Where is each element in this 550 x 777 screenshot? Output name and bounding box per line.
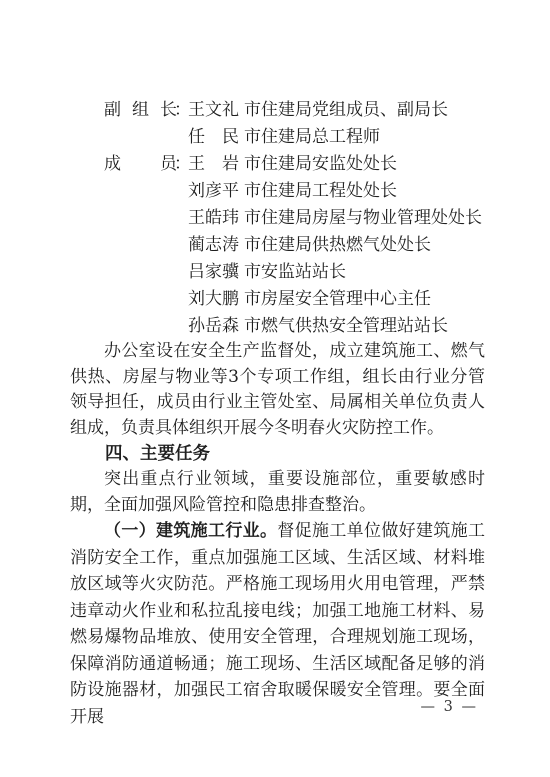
roster-row: 孙岳森 市燃气供热安全管理站站长: [70, 313, 485, 340]
roster-member-title: 市住建局安监处处长: [244, 151, 485, 178]
page-number: — 3 —: [70, 699, 478, 715]
roster-member-name: 孙岳森: [188, 313, 244, 340]
roster-member-title: 市住建局总工程师: [244, 124, 485, 151]
roster-row: 王皓玮 市住建局房屋与物业管理处处长: [70, 205, 485, 232]
roster: 副 组 长： 王文礼 市住建局党组成员、副局长 任 民 市住建局总工程师 成 员…: [70, 97, 485, 340]
roster-row: 刘大鹏 市房屋安全管理中心主任: [70, 286, 485, 313]
roster-member-title: 市燃气供热安全管理站站长: [244, 313, 485, 340]
roster-row: 副 组 长： 王文礼 市住建局党组成员、副局长: [70, 97, 485, 124]
roster-role-label: 成 员：: [104, 151, 188, 178]
roster-member-title: 市住建局党组成员、副局长: [244, 97, 485, 124]
roster-member-title: 市住建局供热燃气处处长: [244, 232, 485, 259]
roster-row: 蔺志涛 市住建局供热燃气处处长: [70, 232, 485, 259]
roster-member-name: 吕家骥: [188, 259, 244, 286]
roster-role-label: 副 组 长：: [104, 97, 188, 124]
roster-member-name: 王 岩: [188, 151, 244, 178]
roster-member-name: 刘大鹏: [188, 286, 244, 313]
roster-member-name: 王皓玮: [188, 205, 244, 232]
roster-row: 刘彦平 市住建局工程处处长: [70, 178, 485, 205]
paragraph-tasks-intro: 突出重点行业领域，重要设施部位，重要敏感时期，全面加强风险管控和隐患排查整治。: [70, 467, 485, 518]
roster-member-name: 王文礼: [188, 97, 244, 124]
roster-member-title: 市房屋安全管理中心主任: [244, 286, 485, 313]
item1-heading-label: （一）建筑施工行业。: [104, 521, 277, 541]
roster-row: 任 民 市住建局总工程师: [70, 124, 485, 151]
roster-member-name: 蔺志涛: [188, 232, 244, 259]
paragraph-office-setup: 办公室设在安全生产监督处，成立建筑施工、燃气供热、房屋与物业等3个专项工作组，组…: [70, 339, 485, 441]
roster-member-name: 刘彦平: [188, 178, 244, 205]
roster-member-title: 市安监站站长: [244, 259, 485, 286]
roster-member-title: 市住建局房屋与物业管理处处长: [244, 205, 485, 232]
roster-member-title: 市住建局工程处处长: [244, 178, 485, 205]
document-page: 副 组 长： 王文礼 市住建局党组成员、副局长 任 民 市住建局总工程师 成 员…: [0, 0, 550, 777]
item1-body-text: 督促施工单位做好建筑施工消防安全工作，重点加强施工区域、生活区域、材料堆放区域等…: [70, 521, 485, 727]
roster-row: 成 员： 王 岩 市住建局安监处处长: [70, 151, 485, 178]
roster-member-name: 任 民: [188, 124, 244, 151]
roster-row: 吕家骥 市安监站站长: [70, 259, 485, 286]
section-heading-main-tasks: 四、主要任务: [70, 441, 485, 467]
